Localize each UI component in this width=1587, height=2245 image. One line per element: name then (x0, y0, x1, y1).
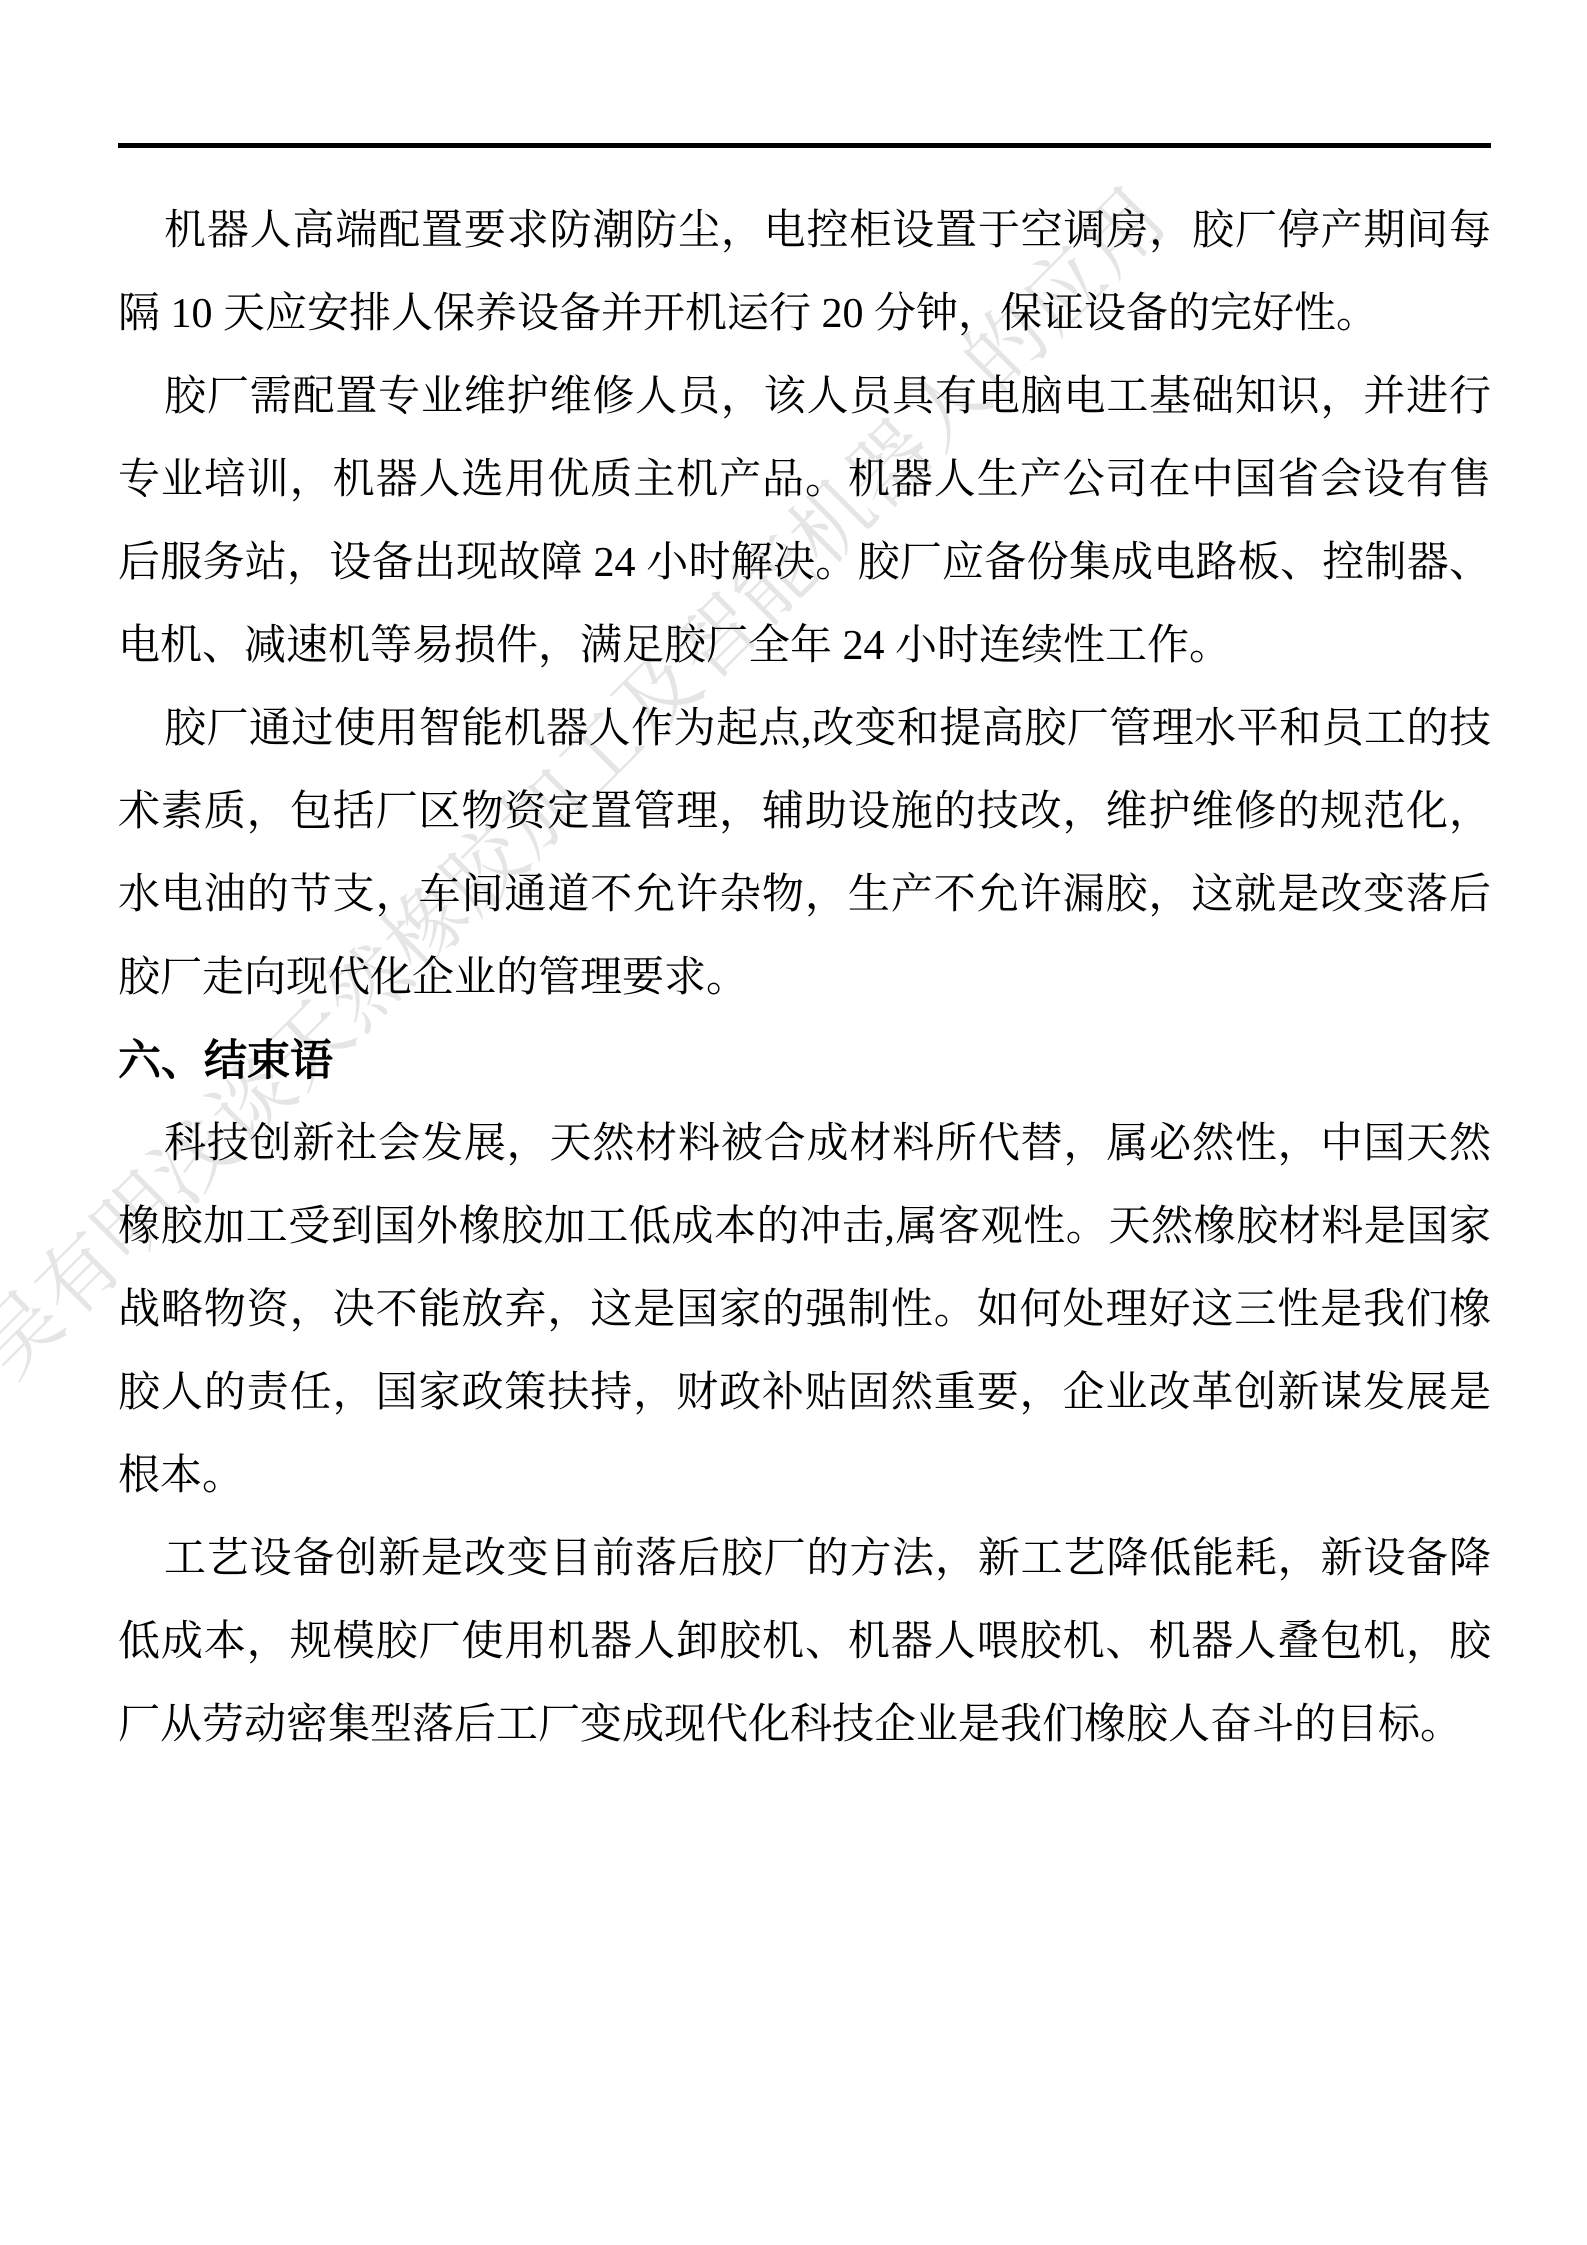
document-page: 吴有明浅谈天然橡胶加工及智能机器人的应用 机器人高端配置要求防潮防尘，电控柜设置… (0, 0, 1587, 2245)
paragraph-management-upgrade: 胶厂通过使用智能机器人作为起点,改变和提高胶厂管理水平和员工的技术素质，包括厂区… (118, 688, 1491, 1020)
paragraph-robot-config: 机器人高端配置要求防潮防尘，电控柜设置于空调房，胶厂停产期间每隔 10 天应安排… (118, 190, 1491, 356)
paragraph-maintenance-staff: 胶厂需配置专业维护维修人员，该人员具有电脑电工基础知识，并进行专业培训，机器人选… (118, 356, 1491, 688)
header-rule (118, 143, 1491, 148)
document-body: 机器人高端配置要求防潮防尘，电控柜设置于空调房，胶厂停产期间每隔 10 天应安排… (118, 190, 1491, 1767)
paragraph-three-natures: 科技创新社会发展，天然材料被合成材料所代替，属必然性，中国天然橡胶加工受到国外橡… (118, 1103, 1491, 1518)
section-heading-conclusion: 六、结束语 (118, 1020, 1491, 1103)
paragraph-equipment-innovation: 工艺设备创新是改变目前落后胶厂的方法，新工艺降低能耗，新设备降低成本，规模胶厂使… (118, 1518, 1491, 1767)
